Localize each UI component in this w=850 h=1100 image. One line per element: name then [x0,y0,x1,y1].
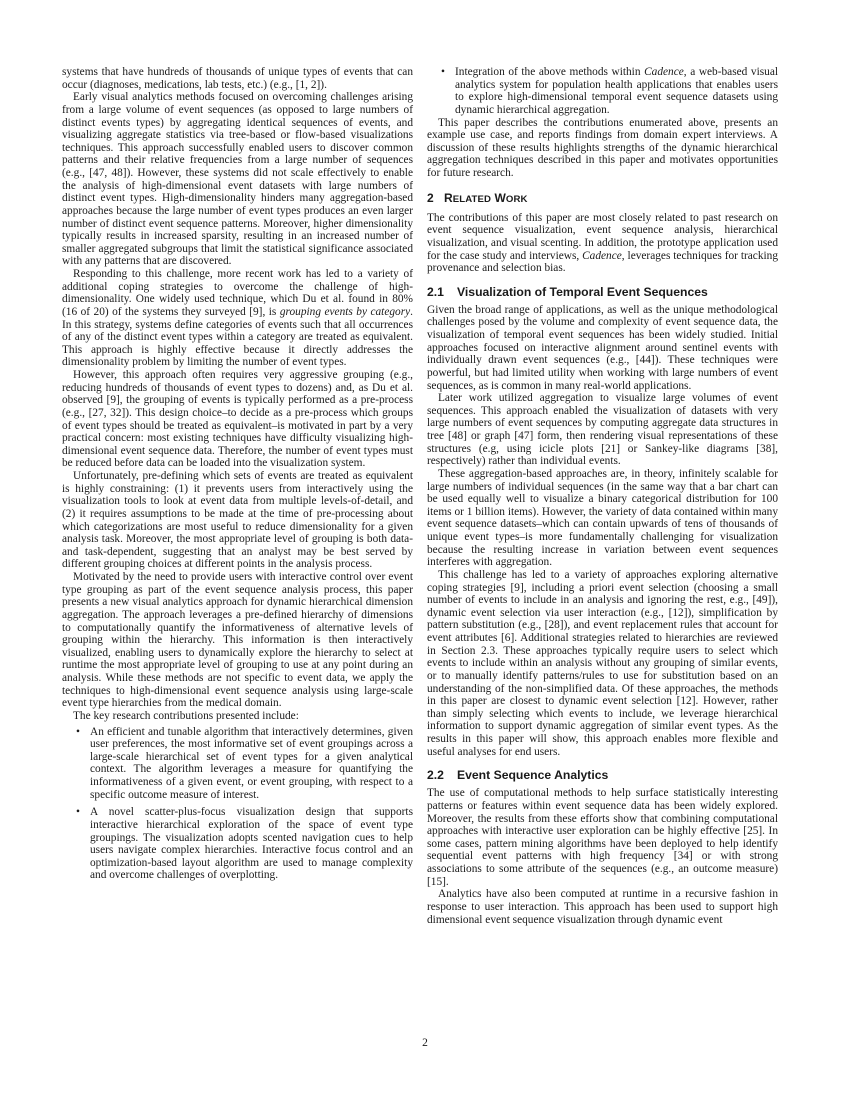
paragraph: Unfortunately, pre-defining which sets o… [62,470,413,571]
subsection-heading-2-1: 2.1Visualization of Temporal Event Seque… [427,285,778,299]
paragraph: systems that have hundreds of thousands … [62,66,413,91]
paragraph: Analytics have also been computed at run… [427,888,778,926]
paragraph: Later work utilized aggregation to visua… [427,392,778,468]
paragraph: However, this approach often requires ve… [62,369,413,470]
paper-page: systems that have hundreds of thousands … [0,0,850,1100]
emphasis-term: grouping events by category [280,306,410,318]
paragraph: These aggregation-based approaches are, … [427,468,778,569]
list-item: •A novel scatter-plus-focus visualizatio… [62,806,413,882]
paragraph: The key research contributions presented… [62,710,413,723]
subsection-heading-2-2: 2.2Event Sequence Analytics [427,768,778,782]
left-column: systems that have hundreds of thousands … [62,66,413,882]
page-number: 2 [0,1037,850,1050]
bullet-icon: • [76,806,80,819]
contributions-list-continued: •Integration of the above methods within… [427,66,778,117]
paragraph: Given the broad range of applications, a… [427,304,778,392]
emphasis-term: Cadence [644,66,684,78]
paragraph: The contributions of this paper are most… [427,212,778,275]
right-column: •Integration of the above methods within… [427,66,778,926]
paragraph: This challenge has led to a variety of a… [427,569,778,758]
paragraph: Early visual analytics methods focused o… [62,91,413,268]
bullet-icon: • [76,726,80,739]
section-heading-related-work: 2RELATED WORK [427,191,778,207]
paragraph: This paper describes the contributions e… [427,117,778,180]
paragraph: Motivated by the need to provide users w… [62,571,413,710]
contributions-list: •An efficient and tunable algorithm that… [62,726,413,883]
list-item: •An efficient and tunable algorithm that… [62,726,413,802]
paragraph: The use of computational methods to help… [427,787,778,888]
bullet-icon: • [441,66,445,79]
emphasis-term: Cadence [582,250,622,262]
paragraph: Responding to this challenge, more recen… [62,268,413,369]
list-item: •Integration of the above methods within… [427,66,778,117]
